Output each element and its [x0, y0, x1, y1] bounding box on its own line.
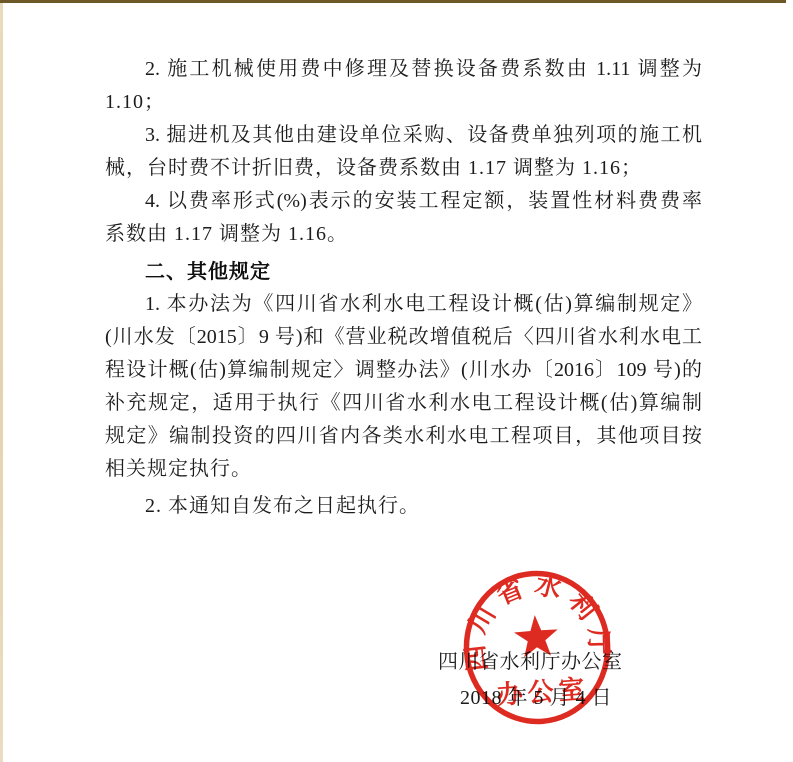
doc-line: (川水发〔2015〕9 号)和《营业税改增值税后〈四川省水利水电工 — [105, 321, 702, 354]
doc-line: 4. 以费率形式(%)表示的安装工程定额，装置性材料费费率 — [105, 185, 702, 218]
doc-line: 规定》编制投资的四川省内各类水利水电工程项目，其他项目按 — [105, 420, 702, 453]
doc-line: 补充规定，适用于执行《四川省水利水电工程设计概(估)算编制 — [105, 387, 702, 420]
doc-line: 1. 本办法为《四川省水利水电工程设计概(估)算编制规定》 — [105, 288, 702, 321]
doc-line: 相关规定执行。 — [105, 453, 702, 486]
doc-line: 1.10； — [105, 86, 702, 119]
doc-line: 械，台时费不计折旧费，设备费系数由 1.17 调整为 1.16； — [105, 152, 702, 185]
seal-bottom-text: 办公室 — [496, 674, 591, 709]
left-edge-stripe — [0, 3, 3, 762]
red-star-icon — [513, 614, 560, 659]
top-edge-rule — [0, 0, 786, 3]
official-seal: 四川省水利厅 办公室 — [456, 565, 618, 730]
doc-line: 系数由 1.17 调整为 1.16。 — [105, 218, 702, 251]
document-page: 2. 施工机械使用费中修理及替换设备费系数由 1.11 调整为 1.10； 3.… — [0, 0, 793, 762]
document-body: 2. 施工机械使用费中修理及替换设备费系数由 1.11 调整为 1.10； 3.… — [105, 53, 702, 523]
doc-line: 2. 本通知自发布之日起执行。 — [105, 490, 702, 523]
doc-line: 程设计概(估)算编制规定〉调整办法》(川水办〔2016〕109 号)的 — [105, 354, 702, 387]
doc-line: 3. 掘进机及其他由建设单位采购、设备费单独列项的施工机 — [105, 119, 702, 152]
doc-line: 2. 施工机械使用费中修理及替换设备费系数由 1.11 调整为 — [105, 53, 702, 86]
section-heading: 二、其他规定 — [105, 255, 702, 288]
